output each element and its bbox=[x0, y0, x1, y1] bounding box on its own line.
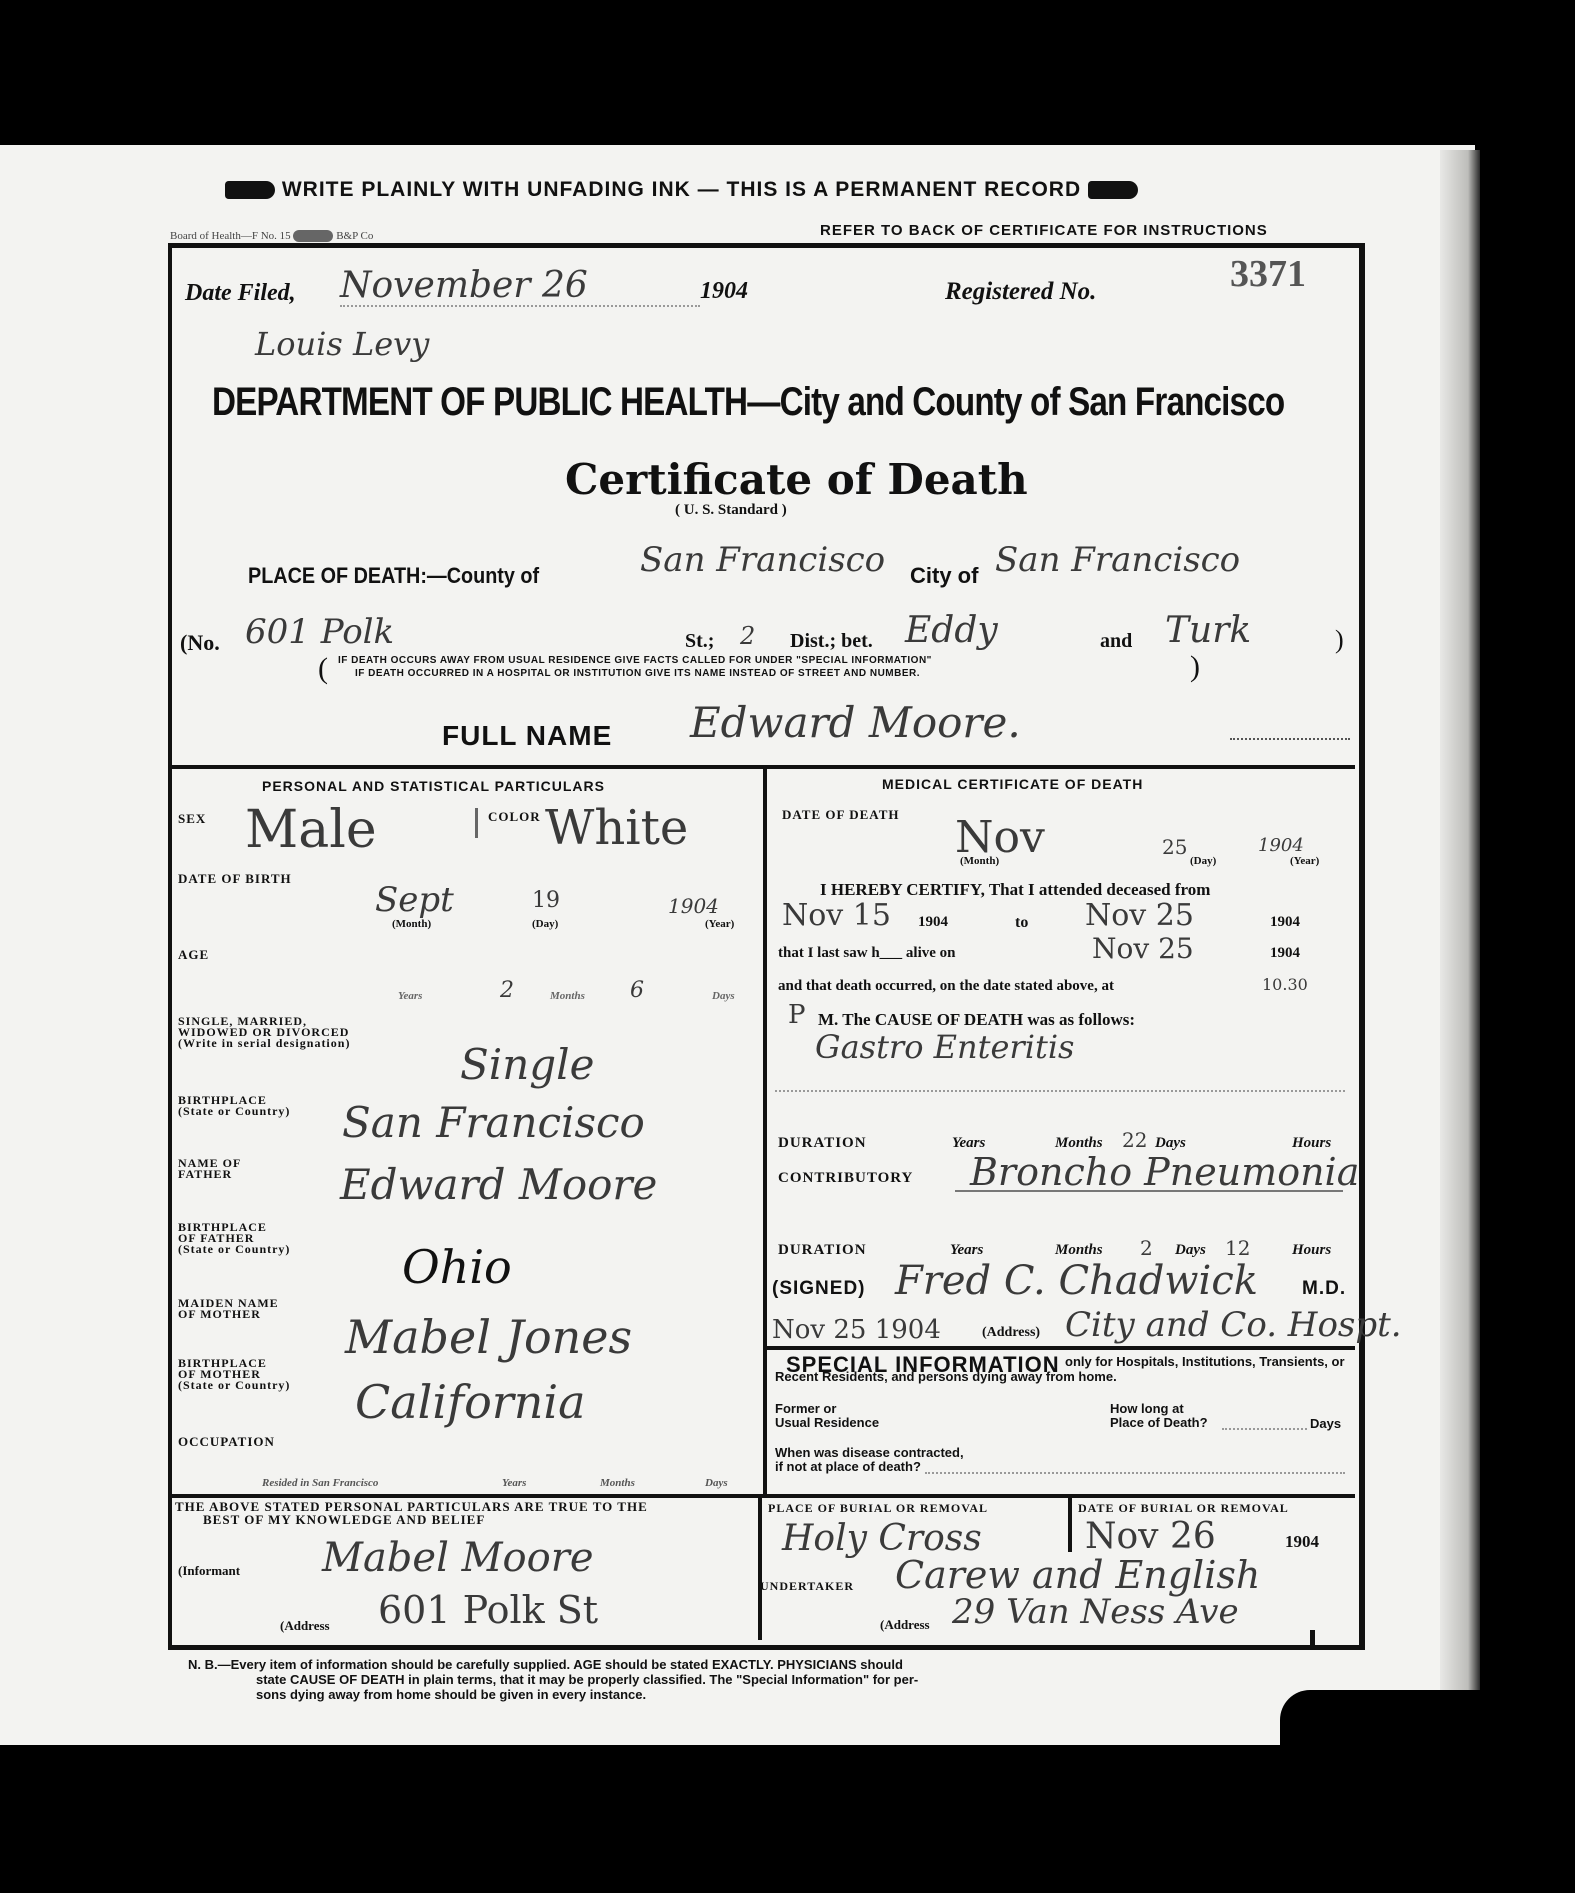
informant-statement: THE ABOVE STATED PERSONAL PARTICULARS AR… bbox=[175, 1500, 648, 1526]
full-name-label: FULL NAME bbox=[442, 720, 612, 752]
lower-divider bbox=[172, 1494, 1355, 1498]
dob-day: 19 bbox=[532, 888, 560, 913]
marital-value: Single bbox=[460, 1040, 594, 1089]
contrib-months-label: Months bbox=[1055, 1242, 1103, 1259]
cause-line bbox=[775, 1090, 1345, 1092]
dod-year-caption: (Year) bbox=[1290, 855, 1319, 867]
full-name-line bbox=[1230, 738, 1350, 740]
contrib-hours-label: Hours bbox=[1292, 1242, 1331, 1259]
date-filed-year: 1904 bbox=[700, 278, 748, 305]
dob-month: Sept bbox=[375, 880, 454, 920]
marital-label: SINGLE, MARRIED, WIDOWED OR DIVORCED (Wr… bbox=[178, 1016, 350, 1049]
contributory-label: CONTRIBUTORY bbox=[778, 1170, 913, 1187]
duration-label: DURATION bbox=[778, 1135, 867, 1152]
age-months-value: 2 bbox=[500, 978, 514, 1003]
dod-month-caption: (Month) bbox=[960, 855, 999, 867]
physician-address: City and Co. Hospt. bbox=[1065, 1305, 1402, 1345]
contrib-duration-months: 2 bbox=[1140, 1236, 1153, 1260]
burial-date-divider bbox=[1068, 1494, 1072, 1552]
cause-text: M. The CAUSE OF DEATH was as follows: bbox=[818, 1010, 1135, 1030]
how-long-label: How long at Place of Death? bbox=[1110, 1402, 1208, 1430]
age-label: AGE bbox=[178, 948, 209, 961]
paren-close-2: ) bbox=[1190, 650, 1200, 684]
department-title: DEPARTMENT OF PUBLIC HEALTH—City and Cou… bbox=[212, 380, 1284, 425]
page-edge bbox=[1440, 150, 1480, 1700]
day-caption: (Day) bbox=[532, 918, 558, 930]
pointing-hand-icon bbox=[225, 181, 275, 199]
signed-label: (SIGNED) bbox=[772, 1278, 866, 1300]
registrar-signature: Louis Levy bbox=[255, 325, 429, 363]
contributory-line bbox=[955, 1190, 1343, 1192]
city-value: San Francisco bbox=[995, 540, 1240, 580]
attended-from-year: 1904 bbox=[918, 914, 948, 931]
age-days-label: Days bbox=[712, 990, 735, 1002]
informant-name: Mabel Moore bbox=[322, 1535, 594, 1581]
resided-months-label: Months bbox=[600, 1477, 635, 1489]
place-note-2: IF DEATH OCCURRED IN A HOSPITAL OR INSTI… bbox=[355, 668, 920, 679]
pointing-hand-icon bbox=[1088, 181, 1138, 199]
st-label: St.; bbox=[685, 630, 714, 653]
and-label: and bbox=[1100, 630, 1132, 653]
date-filed-value: November 26 bbox=[340, 265, 588, 306]
banner-text: WRITE PLAINLY WITH UNFADING INK — THIS I… bbox=[282, 178, 1081, 201]
age-months-label: Months bbox=[550, 990, 585, 1002]
last-saw-year: 1904 bbox=[1270, 945, 1300, 962]
dob-year: 1904 bbox=[668, 894, 719, 918]
contrib-duration-days: 12 bbox=[1225, 1236, 1250, 1260]
dod-day-caption: (Day) bbox=[1190, 855, 1216, 867]
certify-text: I HEREBY CERTIFY, That I attended deceas… bbox=[820, 880, 1210, 900]
date-filed-line bbox=[340, 305, 700, 307]
resided-years-label: Years bbox=[502, 1477, 526, 1489]
how-long-line bbox=[1222, 1428, 1307, 1430]
dist-label: Dist.; bet. bbox=[790, 630, 873, 653]
attended-to: Nov 25 bbox=[1085, 898, 1194, 933]
undertaker-name: Carew and English bbox=[895, 1553, 1260, 1597]
full-name-value: Edward Moore. bbox=[690, 698, 1021, 747]
informant-label: (Informant bbox=[178, 1563, 240, 1579]
lower-column-divider bbox=[758, 1494, 762, 1640]
attended-to-year: 1904 bbox=[1270, 914, 1300, 931]
former-residence-label: Former or Usual Residence bbox=[775, 1402, 879, 1430]
month-caption: (Month) bbox=[392, 918, 431, 930]
between-street-1: Eddy bbox=[905, 610, 998, 651]
burial-date-label: DATE of BURIAL or REMOVAL bbox=[1078, 1502, 1289, 1515]
date-filed-label: Date Filed, bbox=[185, 280, 296, 307]
age-days-value: 6 bbox=[630, 978, 644, 1003]
occupation-label: OCCUPATION bbox=[178, 1435, 275, 1448]
year-caption: (Year) bbox=[705, 918, 734, 930]
dob-label: DATE OF BIRTH bbox=[178, 872, 292, 885]
cause-of-death: Gastro Enteritis bbox=[815, 1028, 1074, 1066]
father-birthplace-value: Ohio bbox=[402, 1240, 512, 1294]
frame-corner bbox=[1310, 1630, 1315, 1650]
birthplace-value: San Francisco bbox=[342, 1098, 645, 1147]
birthplace-label: BIRTHPLACE (State or Country) bbox=[178, 1095, 290, 1117]
form-id: Board of Health—F No. 15 B&P Co bbox=[170, 230, 373, 242]
am-pm-value: P bbox=[788, 1000, 806, 1030]
color-label: COLOR bbox=[488, 810, 541, 823]
burial-place-label: PLACE OF BURIAL OR REMOVAL bbox=[768, 1502, 988, 1515]
column-divider bbox=[763, 765, 767, 1497]
paren-close: ) bbox=[1335, 625, 1344, 655]
place-of-death-label: PLACE OF DEATH:—County of bbox=[248, 563, 539, 589]
contrib-duration-label: DURATION bbox=[778, 1242, 867, 1259]
page-shadow bbox=[1280, 1690, 1575, 1893]
footer-note: N. B.—Every item of information should b… bbox=[188, 1657, 918, 1702]
to-label: to bbox=[1015, 914, 1028, 932]
time-of-death: 10.30 bbox=[1262, 975, 1308, 994]
physician-signature: Fred C. Chadwick bbox=[895, 1258, 1258, 1304]
banner: WRITE PLAINLY WITH UNFADING INK — THIS I… bbox=[225, 178, 1138, 202]
md-label: M.D. bbox=[1302, 1278, 1346, 1300]
undertaker-label: UNDERTAKER bbox=[760, 1580, 854, 1593]
instructions-note: REFER TO BACK OF CERTIFICATE FOR INSTRUC… bbox=[820, 222, 1268, 239]
mother-value: Mabel Jones bbox=[345, 1310, 632, 1364]
city-label: City of bbox=[910, 563, 978, 589]
color-value: White bbox=[545, 800, 688, 856]
mother-label: MAIDEN NAME OF MOTHER bbox=[178, 1298, 279, 1320]
contributory-value: Broncho Pneumonia bbox=[970, 1150, 1359, 1194]
contracted-label: When was disease contracted, if not at p… bbox=[775, 1446, 964, 1474]
contrib-days-label: Days bbox=[1175, 1242, 1206, 1259]
resided-days-label: Days bbox=[705, 1477, 728, 1489]
undertaker-address: 29 Van Ness Ave bbox=[952, 1592, 1239, 1632]
how-long-days-label: Days bbox=[1310, 1416, 1341, 1431]
father-birthplace-label: BIRTHPLACE OF FATHER (State or Country) bbox=[178, 1222, 290, 1255]
street-value: 601 Polk bbox=[245, 612, 394, 652]
printer-seal-icon bbox=[293, 230, 333, 242]
occurred-text: and that death occurred, on the date sta… bbox=[778, 978, 1114, 995]
age-years-label: Years bbox=[398, 990, 422, 1002]
registered-label: Registered No. bbox=[945, 278, 1096, 306]
contrib-years-label: Years bbox=[950, 1242, 983, 1259]
paren-open: ( bbox=[318, 652, 328, 686]
sex-value: Male bbox=[245, 800, 377, 860]
undertaker-address-label: (Address bbox=[880, 1617, 930, 1633]
last-saw-text: that I last saw h___ alive on bbox=[778, 945, 956, 962]
physician-address-label: (Address) bbox=[982, 1325, 1040, 1341]
special-divider bbox=[763, 1346, 1355, 1350]
certificate-standard: ( U. S. Standard ) bbox=[675, 502, 787, 519]
signed-date: Nov 25 1904 bbox=[772, 1315, 941, 1345]
district-value: 2 bbox=[740, 622, 755, 650]
personal-heading: PERSONAL AND STATISTICAL PARTICULARS bbox=[262, 778, 605, 794]
mother-birthplace-value: California bbox=[355, 1375, 586, 1429]
informant-address-label: (Address bbox=[280, 1618, 330, 1634]
registered-number: 3371 bbox=[1230, 252, 1306, 296]
certificate-title: Certificate of Death bbox=[565, 455, 1028, 504]
contracted-line bbox=[925, 1472, 1345, 1474]
resided-label: Resided in San Francisco bbox=[262, 1477, 378, 1489]
sex-color-divider bbox=[475, 808, 478, 838]
dod-day: 25 bbox=[1162, 835, 1187, 859]
attended-from: Nov 15 bbox=[782, 898, 891, 933]
medical-heading: MEDICAL CERTIFICATE OF DEATH bbox=[882, 776, 1143, 792]
cause-duration-days: 22 bbox=[1122, 1128, 1147, 1152]
sex-label: SEX bbox=[178, 812, 206, 825]
county-value: San Francisco bbox=[640, 540, 885, 580]
last-saw-value: Nov 25 bbox=[1092, 932, 1194, 965]
father-value: Edward Moore bbox=[340, 1160, 657, 1209]
informant-address: 601 Polk St bbox=[378, 1588, 598, 1632]
dod-year: 1904 bbox=[1258, 835, 1304, 856]
street-no-label: (No. bbox=[180, 630, 220, 656]
father-label: NAME OF FATHER bbox=[178, 1158, 241, 1180]
mother-birthplace-label: BIRTHPLACE OF MOTHER (State or Country) bbox=[178, 1358, 290, 1391]
burial-date-year: 1904 bbox=[1285, 1532, 1319, 1552]
burial-date: Nov 26 bbox=[1085, 1516, 1216, 1557]
place-note-1: IF DEATH OCCURS AWAY FROM USUAL RESIDENC… bbox=[338, 655, 932, 666]
between-street-2: Turk bbox=[1165, 610, 1251, 651]
dod-label: DATE OF DEATH bbox=[782, 808, 900, 821]
special-note: only for Hospitals, Institutions, Transi… bbox=[775, 1354, 1345, 1384]
